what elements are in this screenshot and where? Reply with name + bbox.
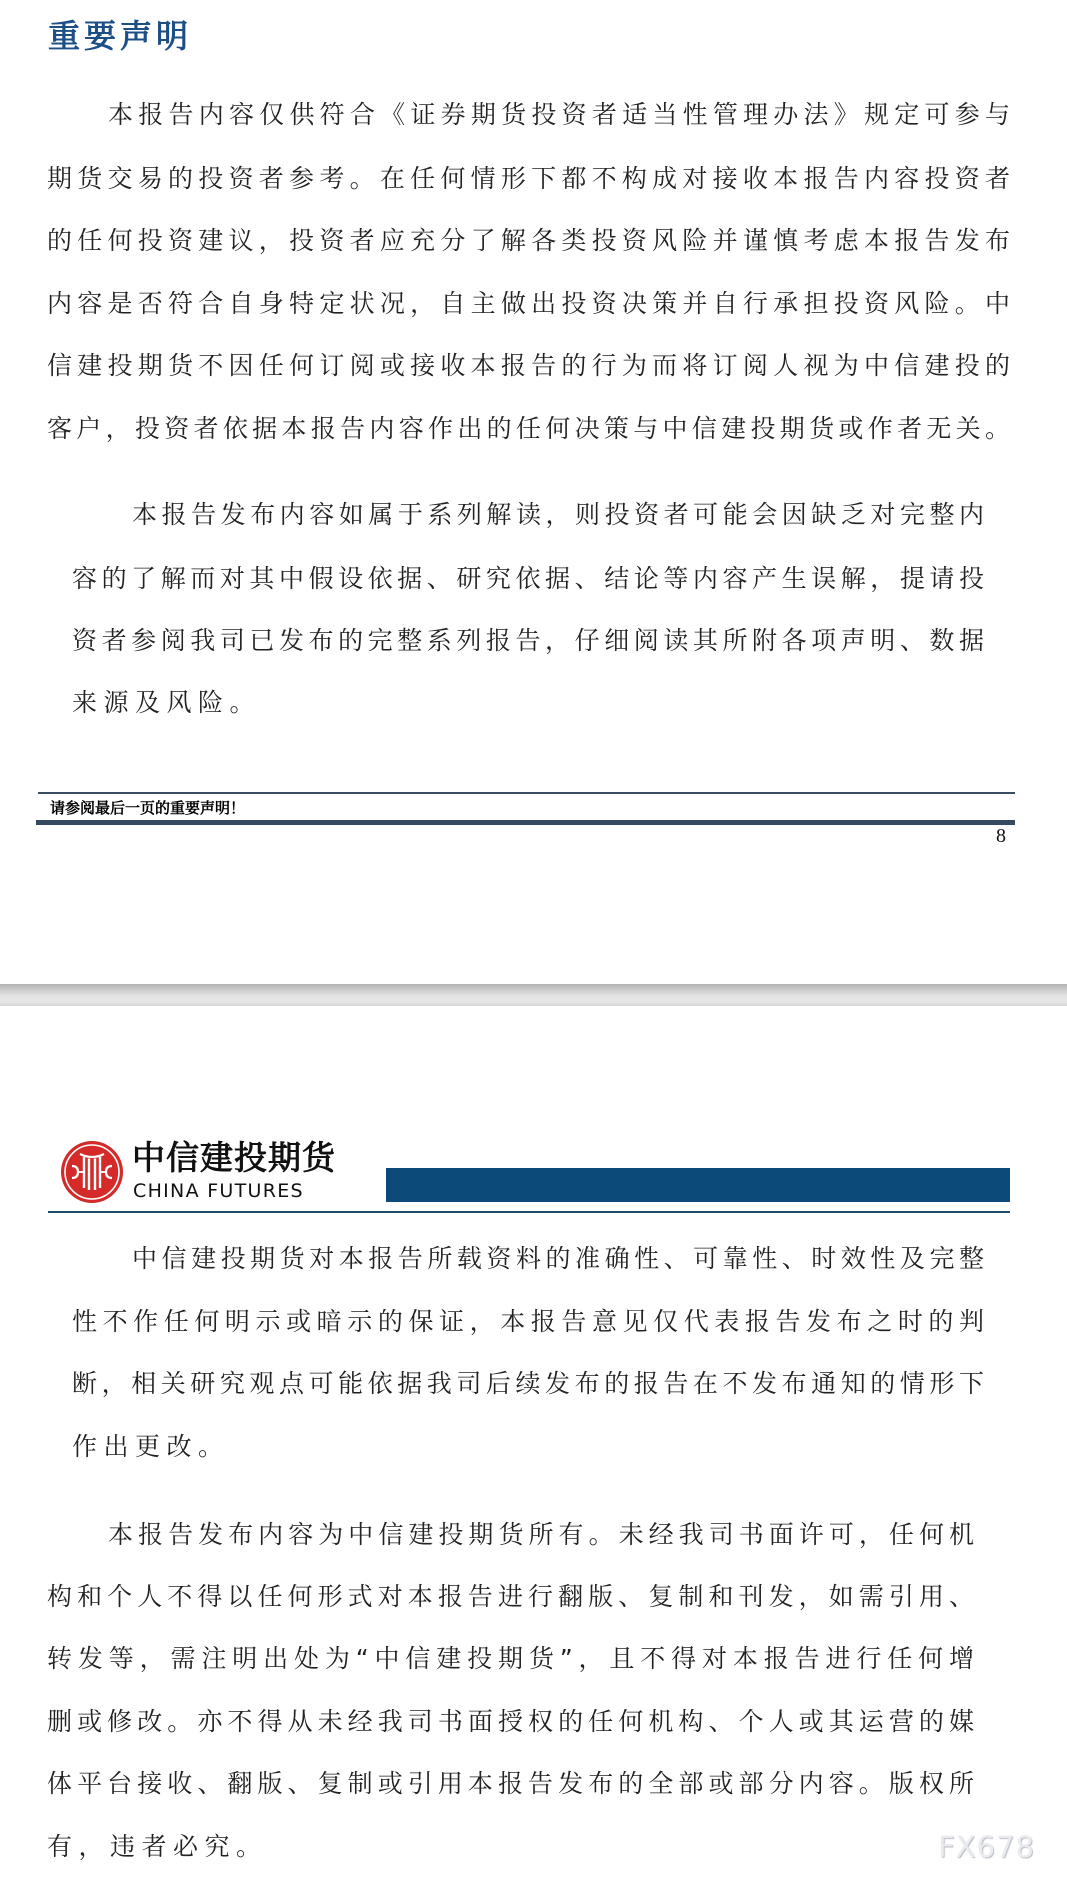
paragraph-line: 的任何投资建议，投资者应充分了解各类投资风险并谨慎考虑本报告发布 <box>47 226 1010 256</box>
paragraph-line: 断，相关研究观点可能依据我司后续发布的报告在不发布通知的情形下 <box>72 1369 984 1399</box>
paragraph-line: 内容是否符合自身特定状况，自主做出投资决策并自行承担投资风险。中 <box>47 289 1010 319</box>
footer-divider-thin <box>38 792 1015 794</box>
paragraph-line: 体平台接收、翻版、复制或引用本报告发布的全部或部分内容。版权所 <box>47 1769 974 1799</box>
paragraph-line: 构和个人不得以任何形式对本报告进行翻版、复制和刊发，如需引用、 <box>47 1582 974 1612</box>
paragraph-line: 期货交易的投资者参考。在任何情形下都不构成对接收本报告内容投资者 <box>47 164 1010 194</box>
footer-divider-thick <box>36 820 1015 825</box>
page-separator <box>0 984 1067 1006</box>
paragraph-line: 本报告发布内容如属于系列解读，则投资者可能会因缺乏对完整内 <box>132 500 984 530</box>
citic-logo-icon <box>60 1140 124 1204</box>
page-number: 8 <box>996 824 1006 848</box>
paragraph-line: 作出更改。 <box>72 1432 230 1462</box>
logo-name-cn: 中信建投期货 <box>132 1139 336 1177</box>
watermark: FX678 <box>938 1830 1035 1864</box>
paragraph-line: 性不作任何明示或暗示的保证，本报告意见仅代表报告发布之时的判 <box>72 1307 984 1337</box>
paragraph-line: 转发等，需注明出处为“中信建投期货”，且不得对本报告进行任何增 <box>47 1644 974 1674</box>
header-divider <box>48 1211 1010 1213</box>
paragraph-line: 来源及风险。 <box>72 688 261 718</box>
brand-bar <box>386 1168 1010 1202</box>
paragraph-line: 中信建投期货对本报告所载资料的准确性、可靠性、时效性及完整 <box>132 1244 984 1274</box>
paragraph-line: 有，违者必究。 <box>47 1832 268 1862</box>
paragraph-line: 本报告内容仅供符合《证券期货投资者适当性管理办法》规定可参与 <box>108 100 1010 130</box>
footer-note: 请参阅最后一页的重要声明！ <box>50 798 245 818</box>
paragraph-line: 资者参阅我司已发布的完整系列报告，仔细阅读其所附各项声明、数据 <box>72 626 984 656</box>
paragraph-line: 客户，投资者依据本报告内容作出的任何决策与中信建投期货或作者无关。 <box>47 414 1010 444</box>
paragraph-line: 信建投期货不因任何订阅或接收本报告的行为而将订阅人视为中信建投的 <box>47 351 1010 381</box>
page-title: 重要声明 <box>48 16 192 56</box>
paragraph-line: 容的了解而对其中假设依据、研究依据、结论等内容产生误解，提请投 <box>72 564 984 594</box>
paragraph-line: 删或修改。亦不得从未经我司书面授权的任何机构、个人或其运营的媒 <box>47 1707 974 1737</box>
logo-name-en: CHINA FUTURES <box>133 1180 304 1202</box>
paragraph-line: 本报告发布内容为中信建投期货所有。未经我司书面许可，任何机 <box>108 1520 974 1550</box>
